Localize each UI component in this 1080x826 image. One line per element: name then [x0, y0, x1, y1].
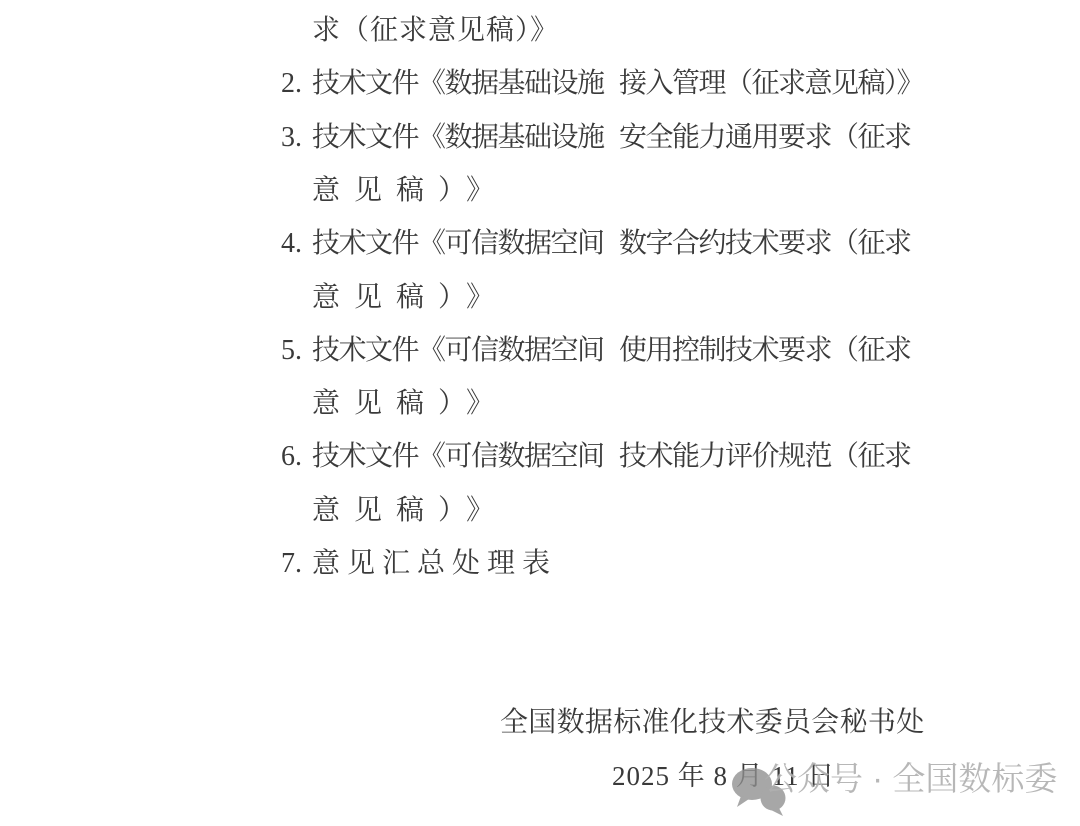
list-item-text: 技术文件《数据基础设施 接入管理（征求意见稿）》 [312, 61, 923, 107]
list-item-number: 3. [281, 115, 302, 161]
list-item-text: 技术文件《数据基础设施 安全能力通用要求（征求 [312, 115, 911, 161]
list-item-text: 求（征求意见稿）》 [312, 8, 559, 54]
list-item-text: 意见稿）》 [312, 168, 508, 214]
list-item-text: 意见稿）》 [312, 275, 508, 321]
list-item-number: 7. [281, 541, 302, 587]
list-item-text: 意见稿）》 [312, 381, 508, 427]
list-item-text: 技术文件《可信数据空间 数字合约技术要求（征求 [312, 221, 911, 267]
signature-line: 全国数据标准化技术委员会秘书处 [500, 703, 925, 743]
list-item-number: 5. [281, 328, 302, 374]
list-item-text: 意见稿）》 [312, 488, 508, 534]
date-line: 2025 年 8 月 11 日 [612, 757, 835, 795]
list-item-number: 4. [281, 221, 302, 267]
list-item-text: 意见汇总处理表 [312, 541, 557, 587]
document-page: 求（征求意见稿）》 2. 技术文件《数据基础设施 接入管理（征求意见稿）》 3.… [0, 0, 1080, 826]
list-item-text: 技术文件《可信数据空间 使用控制技术要求（征求 [312, 328, 911, 374]
list-item-number: 6. [281, 434, 302, 480]
list-item-number: 2. [281, 61, 302, 107]
list-item-text: 技术文件《可信数据空间 技术能力评价规范（征求 [312, 434, 911, 480]
